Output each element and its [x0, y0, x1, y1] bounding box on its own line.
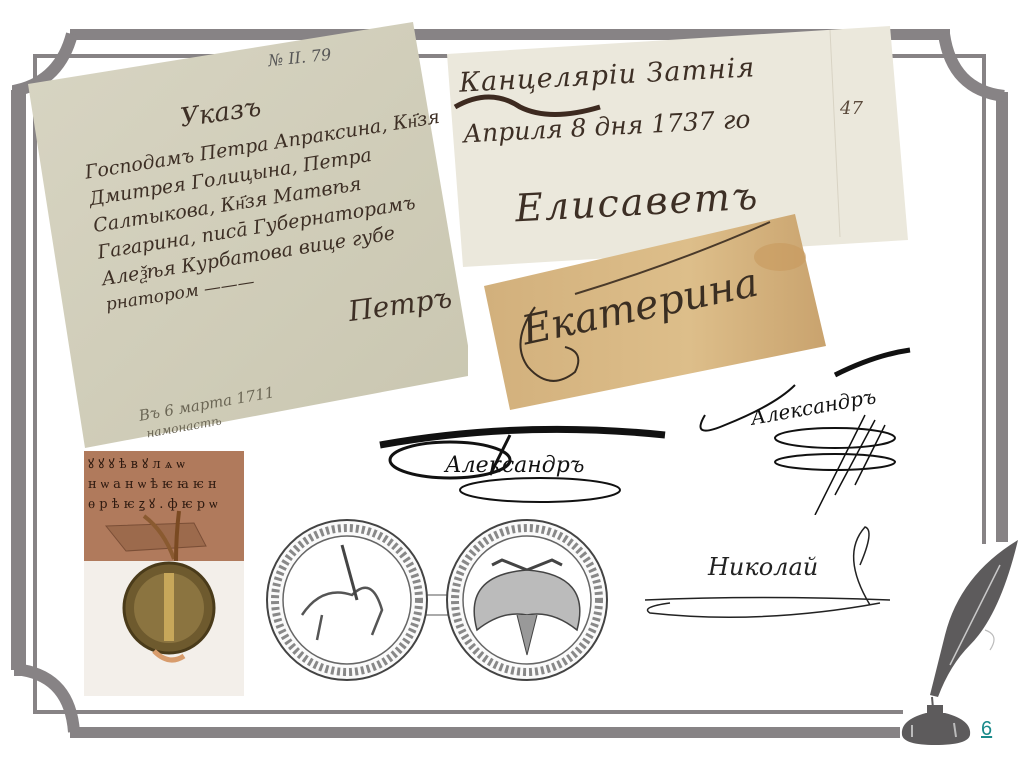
document-ukaz-peter: № II. 79 Указъ Господамъ Петра Апраксина…	[28, 20, 468, 450]
slide-page-number[interactable]: 6	[981, 718, 992, 741]
frame-outer-right	[996, 92, 1008, 542]
frame-outer-left	[11, 90, 26, 670]
quill-inkwell-icon	[890, 535, 1024, 745]
frame-inner-bottom	[33, 710, 903, 714]
seals-drawing	[262, 515, 617, 690]
birchbark-text: ꙋ ꙋ ꙋ ѣ в ꙋ л ѧ ѡ н ѡ а н ѡ ѣ ѥ ꙗ ѥ н ѳ …	[88, 455, 217, 515]
seal-pair: Печать — Св. Георгий Печать — Двуглавый …	[262, 515, 617, 690]
birchbark-line: ꙋ ꙋ ꙋ ѣ в ꙋ л ѧ ѡ	[88, 455, 217, 475]
alexander-second-flourish	[685, 345, 955, 515]
nicholas-name: Николай	[708, 553, 818, 581]
elizabeth-margin-number: 47	[840, 98, 863, 119]
frame-outer-bottom	[70, 727, 900, 738]
elizabeth-flourish	[450, 77, 610, 137]
alexander-first-name: Александръ	[445, 453, 584, 478]
birchbark-line: ѳ р ѣ ѥ ꙁ ꙋ . ф ѥ р ѡ	[88, 495, 217, 515]
birchbark-line: н ѡ а н ѡ ѣ ѥ ꙗ ѥ н	[88, 475, 217, 495]
frame-corner-top-right	[930, 20, 1024, 130]
signature-alexander-first: Александръ	[370, 415, 670, 515]
document-birchbark-seal: ꙋ ꙋ ꙋ ѣ в ꙋ л ѧ ѡ н ѡ а н ѡ ѣ ѥ ꙗ ѥ н ѳ …	[84, 451, 244, 699]
signature-nicholas: Николай	[640, 525, 890, 625]
signature-alexander-second: Александръ	[685, 345, 955, 515]
